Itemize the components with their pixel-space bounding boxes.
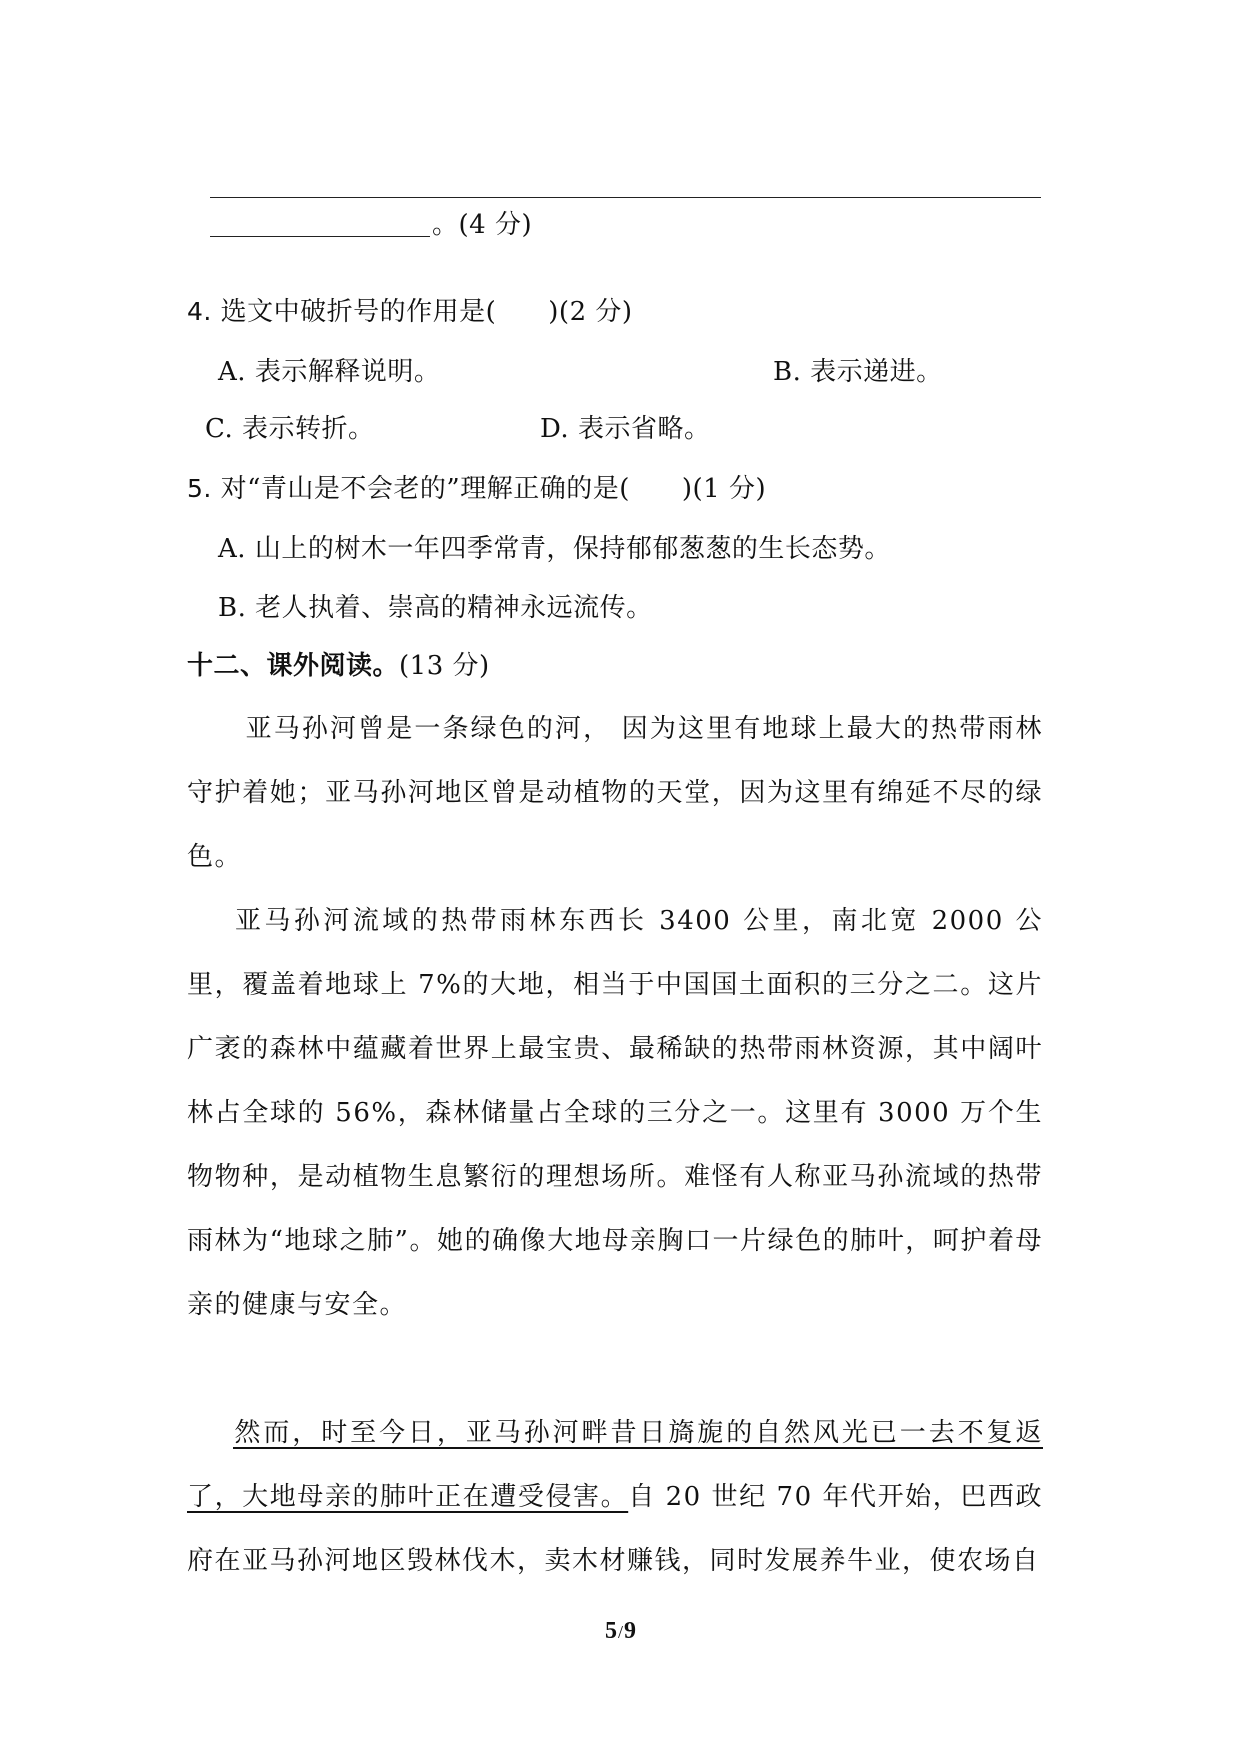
question-stem: 选文中破折号的作用是( (221, 297, 497, 327)
page-number: 5/9 (0, 1618, 1241, 1645)
option-d: D. 表示省略。 (540, 413, 710, 445)
option-b: B. 表示递进。 (773, 356, 943, 388)
blank-end-punct: 。 (432, 210, 459, 240)
page-total: 9 (624, 1618, 636, 1644)
question-5-option-b: B. 老人执着、崇高的精神永远流传。 (218, 592, 653, 624)
option-a: A. 表示解释说明。 (218, 357, 440, 387)
passage-paragraph-1: 亚马孙河曾是一条绿色的河， 因为这里有地球上最大的热带雨林守护着她；亚马孙河地区… (187, 697, 1043, 889)
passage-paragraph-2: 亚马孙河流域的热带雨林东西长 3400 公里，南北宽 2000 公里，覆盖着地球… (187, 889, 1043, 1337)
question-4: 4. 选文中破折号的作用是()(2 分) (187, 296, 633, 328)
page-current: 5 (605, 1618, 617, 1644)
answer-blank-line[interactable] (210, 197, 1041, 198)
passage-paragraph-3: 然而，时至今日，亚马孙河畔昔日旖旎的自然风光已一去不复返了，大地母亲的肺叶正在遭… (187, 1401, 1043, 1593)
question-points: (4 分) (459, 210, 533, 240)
question-points: )(2 分) (548, 297, 632, 327)
question-stem: 对“青山是不会老的”理解正确的是( (221, 474, 630, 504)
question-number: 5. (187, 474, 212, 503)
answer-blank-line-end: 。(4 分) (210, 209, 532, 241)
exam-page: 。(4 分) 4. 选文中破折号的作用是()(2 分) A. 表示解释说明。 B… (0, 0, 1241, 1754)
question-4-options-row-1: A. 表示解释说明。 B. 表示递进。 (218, 356, 440, 388)
question-number: 4. (187, 297, 212, 326)
question-5: 5. 对“青山是不会老的”理解正确的是()(1 分) (187, 473, 766, 505)
option-c: C. 表示转折。 (205, 414, 375, 444)
question-5-option-a: A. 山上的树木一年四季常青，保持郁郁葱葱的生长态势。 (218, 533, 891, 565)
answer-blank-short[interactable] (210, 236, 430, 237)
question-4-options-row-2: C. 表示转折。 D. 表示省略。 (205, 413, 375, 445)
section-heading: 十二、课外阅读。(13 分) (187, 650, 490, 682)
question-points: )(1 分) (682, 474, 766, 504)
